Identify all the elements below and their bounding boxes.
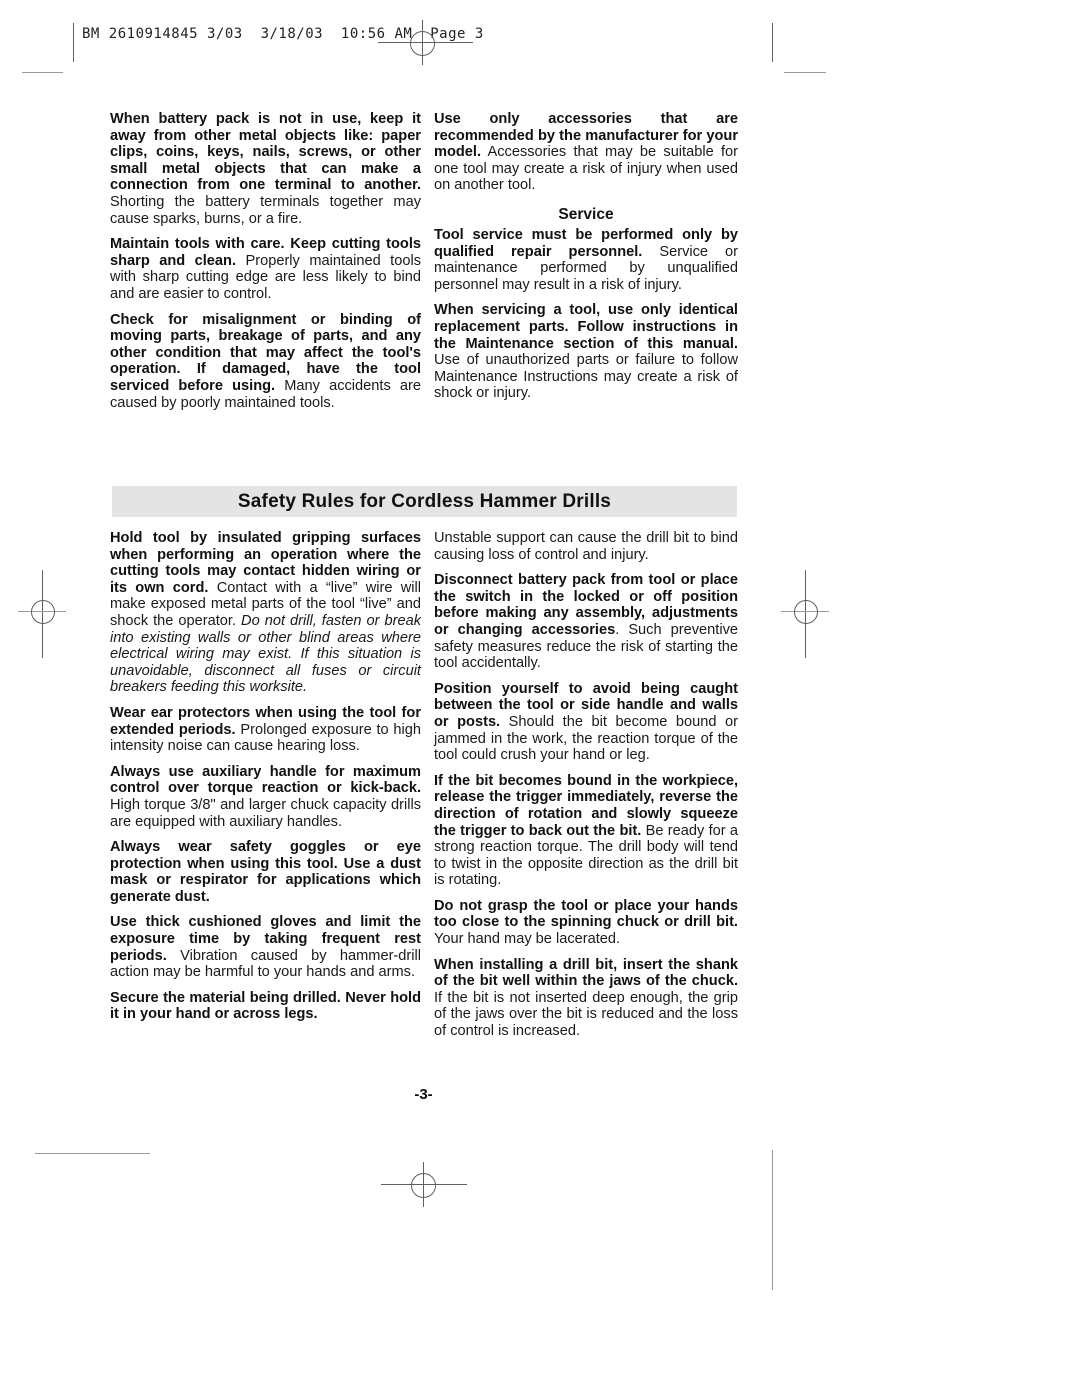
- safety-rule-paragraph: Always use auxiliary handle for maximum …: [110, 764, 421, 830]
- safety-rule-paragraph: Disconnect battery pack from tool or pla…: [434, 572, 738, 672]
- safety-rule-paragraph: When servicing a tool, use only identica…: [434, 302, 738, 402]
- section-title-bar: Safety Rules for Cordless Hammer Drills: [112, 486, 737, 517]
- safety-rule-paragraph: When installing a drill bit, insert the …: [434, 957, 738, 1040]
- service-heading: Service: [434, 206, 738, 223]
- upper-right-column: Use only accessories that are recommende…: [434, 111, 738, 411]
- registration-mark-bottom-circle-icon: [411, 1173, 436, 1198]
- safety-rule-paragraph: Tool service must be performed only by q…: [434, 227, 738, 293]
- registration-mark-header-circle-icon: [410, 31, 435, 56]
- rule-lead-text: When installing a drill bit, insert the …: [434, 957, 738, 990]
- rule-lead-text: Secure the material being drilled. Never…: [110, 990, 421, 1023]
- lower-left-column: Hold tool by insulated gripping surfaces…: [110, 530, 421, 1032]
- rule-lead-text: When battery pack is not in use, keep it…: [110, 111, 421, 193]
- section-title: Safety Rules for Cordless Hammer Drills: [238, 491, 611, 513]
- safety-rule-paragraph: Unstable support can cause the drill bit…: [434, 530, 738, 563]
- registration-mark-left-circle-icon: [31, 600, 55, 624]
- upper-left-column: When battery pack is not in use, keep it…: [110, 111, 421, 420]
- crop-mark-bottom-left-horizontal: [35, 1153, 150, 1154]
- safety-rule-paragraph: Use thick cushioned gloves and limit the…: [110, 914, 421, 980]
- rule-body-text: Unstable support can cause the drill bit…: [434, 530, 738, 563]
- crop-mark-top-left-horizontal: [22, 72, 63, 73]
- registration-mark-right-circle-icon: [794, 600, 818, 624]
- safety-rule-paragraph: Maintain tools with care. Keep cutting t…: [110, 236, 421, 302]
- safety-rule-paragraph: Wear ear protectors when using the tool …: [110, 705, 421, 755]
- lower-right-column: Unstable support can cause the drill bit…: [434, 530, 738, 1049]
- safety-rule-paragraph: If the bit becomes bound in the workpiec…: [434, 773, 738, 889]
- crop-mark-bottom-right-vertical: [772, 1150, 773, 1290]
- manual-page: BM 2610914845 3/03 3/18/03 10:56 AM Page…: [0, 0, 1080, 1397]
- rule-body-text: High torque 3/8" and larger chuck capaci…: [110, 797, 421, 830]
- safety-rule-paragraph: When battery pack is not in use, keep it…: [110, 111, 421, 227]
- crop-mark-top-right-horizontal: [784, 72, 826, 73]
- safety-rule-paragraph: Position yourself to avoid being caught …: [434, 681, 738, 764]
- safety-rule-paragraph: Secure the material being drilled. Never…: [110, 990, 421, 1023]
- crop-mark-top-left-vertical: [73, 23, 74, 62]
- safety-rule-paragraph: Do not grasp the tool or place your hand…: [434, 898, 738, 948]
- safety-rule-paragraph: Hold tool by insulated gripping surfaces…: [110, 530, 421, 696]
- rule-lead-text: Always use auxiliary handle for maximum …: [110, 764, 421, 797]
- rule-body-text: If the bit is not inserted deep enough, …: [434, 990, 738, 1039]
- rule-lead-text: When servicing a tool, use only identica…: [434, 302, 738, 351]
- crop-mark-top-right-vertical: [772, 23, 773, 62]
- rule-body-text: Your hand may be lacerated.: [434, 931, 620, 947]
- safety-rule-paragraph: Use only accessories that are recommende…: [434, 111, 738, 194]
- safety-rule-paragraph: Always wear safety goggles or eye protec…: [110, 839, 421, 905]
- page-number: -3-: [110, 1086, 737, 1103]
- rule-body-text: Shorting the battery terminals together …: [110, 194, 421, 227]
- safety-rule-paragraph: Check for misalignment or binding of mov…: [110, 312, 421, 412]
- rule-body-text: Use of unauthorized parts or failure to …: [434, 352, 738, 401]
- rule-lead-text: Do not grasp the tool or place your hand…: [434, 898, 738, 931]
- rule-lead-text: Always wear safety goggles or eye protec…: [110, 839, 421, 905]
